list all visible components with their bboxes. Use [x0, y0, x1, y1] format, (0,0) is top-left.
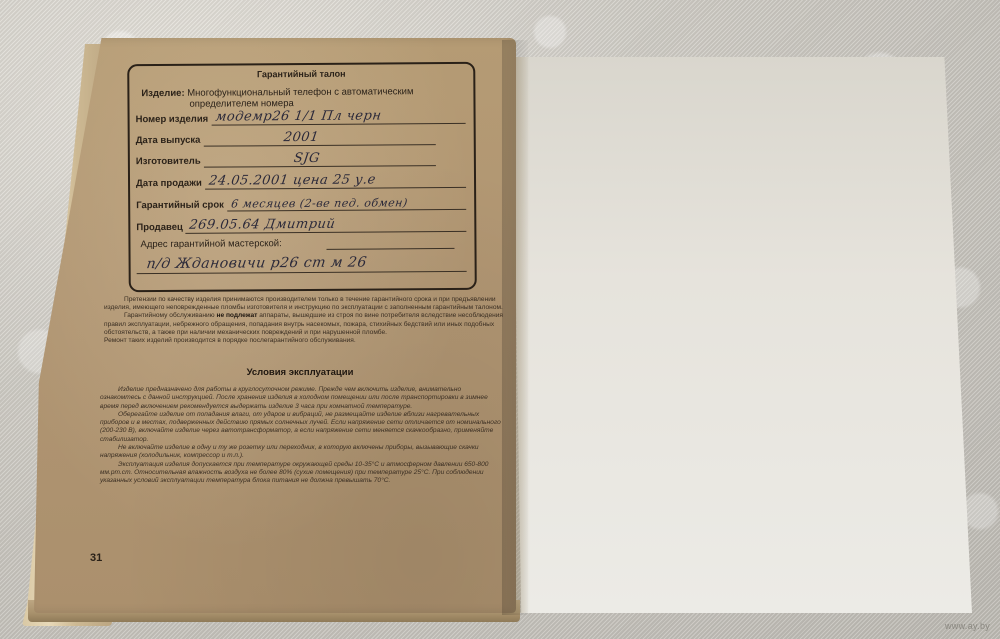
claims-text: Претензии по качеству изделия принимаютс…: [104, 296, 506, 345]
conditions-paragraph: Не включайте изделие в одну и ту же розе…: [100, 444, 504, 461]
claims-paragraph-1: Претензии по качеству изделия принимаютс…: [104, 296, 506, 312]
product-description: Изделие: Многофункциональный телефон с а…: [141, 86, 461, 110]
handwritten-value: 269.05.64 Дмитрий: [189, 217, 337, 233]
field-product-number: Номер изделия модемр26 1/1 Пл черн: [136, 108, 466, 126]
conditions-paragraph: Оберегайте изделие от попадания влаги, о…: [100, 411, 504, 444]
field-line: 24.05.2001 цена 25 у.е: [205, 172, 466, 190]
watermark: www.ay.by: [945, 621, 990, 631]
blank-right-page: [512, 57, 972, 613]
field-label: Изготовитель: [136, 156, 201, 168]
product-label: Изделие:: [141, 88, 184, 99]
address-field: п/д Ждановичи р26 ст м 26: [137, 254, 467, 274]
field-warranty-period: Гарантийный срок 6 месяцев (2-ве пед. об…: [136, 194, 466, 212]
handwritten-value: модемр26 1/1 Пл черн: [214, 108, 382, 124]
warranty-card: Гарантийный талон Изделие: Многофункцион…: [127, 62, 477, 292]
field-line: 6 месяцев (2-ве пед. обмен): [227, 194, 466, 212]
address-line: [327, 248, 455, 250]
field-seller: Продавец 269.05.64 Дмитрий: [136, 216, 466, 234]
conditions-paragraph: Изделие предназначено для работы в кругл…: [100, 386, 504, 411]
handwritten-value: SJG: [293, 151, 321, 166]
claims-p2-prefix: Гарантийному обслуживанию: [124, 312, 215, 319]
field-release-date: Дата выпуска 2001: [136, 129, 436, 147]
field-label: Дата выпуска: [136, 135, 201, 147]
field-label: Гарантийный срок: [136, 200, 224, 213]
field-line: 2001: [203, 129, 435, 147]
claims-p2-emphasis: не подлежат: [216, 312, 257, 319]
page-number: 31: [90, 552, 102, 564]
handwritten-value: 2001: [282, 130, 319, 145]
warranty-card-title: Гарантийный талон: [129, 68, 473, 80]
product-value-line1: Многофункциональный телефон с автоматиче…: [187, 86, 413, 99]
conditions-paragraph: Эксплуатация изделия допускается при тем…: [100, 461, 504, 486]
claims-paragraph-3: Ремонт таких изделий производится в поря…: [104, 337, 506, 345]
conditions-title: Условия эксплуатации: [90, 367, 510, 378]
field-line: 269.05.64 Дмитрий: [186, 216, 467, 234]
claims-paragraph-2: Гарантийному обслуживанию не подлежат ап…: [104, 312, 506, 337]
field-manufacturer: Изготовитель SJG: [136, 150, 436, 168]
field-line: модемр26 1/1 Пл черн: [211, 108, 466, 126]
field-label: Дата продажи: [136, 178, 202, 190]
handwritten-value: 6 месяцев (2-ве пед. обмен): [230, 196, 408, 210]
field-sale-date: Дата продажи 24.05.2001 цена 25 у.е: [136, 172, 466, 190]
handwritten-address: п/д Ждановичи р26 ст м 26: [146, 255, 368, 273]
handwritten-value: 24.05.2001 цена 25 у.е: [208, 172, 377, 188]
conditions-text: Изделие предназначено для работы в кругл…: [100, 386, 504, 486]
field-label: Номер изделия: [136, 114, 209, 127]
address-label: Адрес гарантийной мастерской:: [140, 238, 281, 250]
field-label: Продавец: [136, 222, 183, 234]
field-line: SJG: [204, 150, 436, 168]
